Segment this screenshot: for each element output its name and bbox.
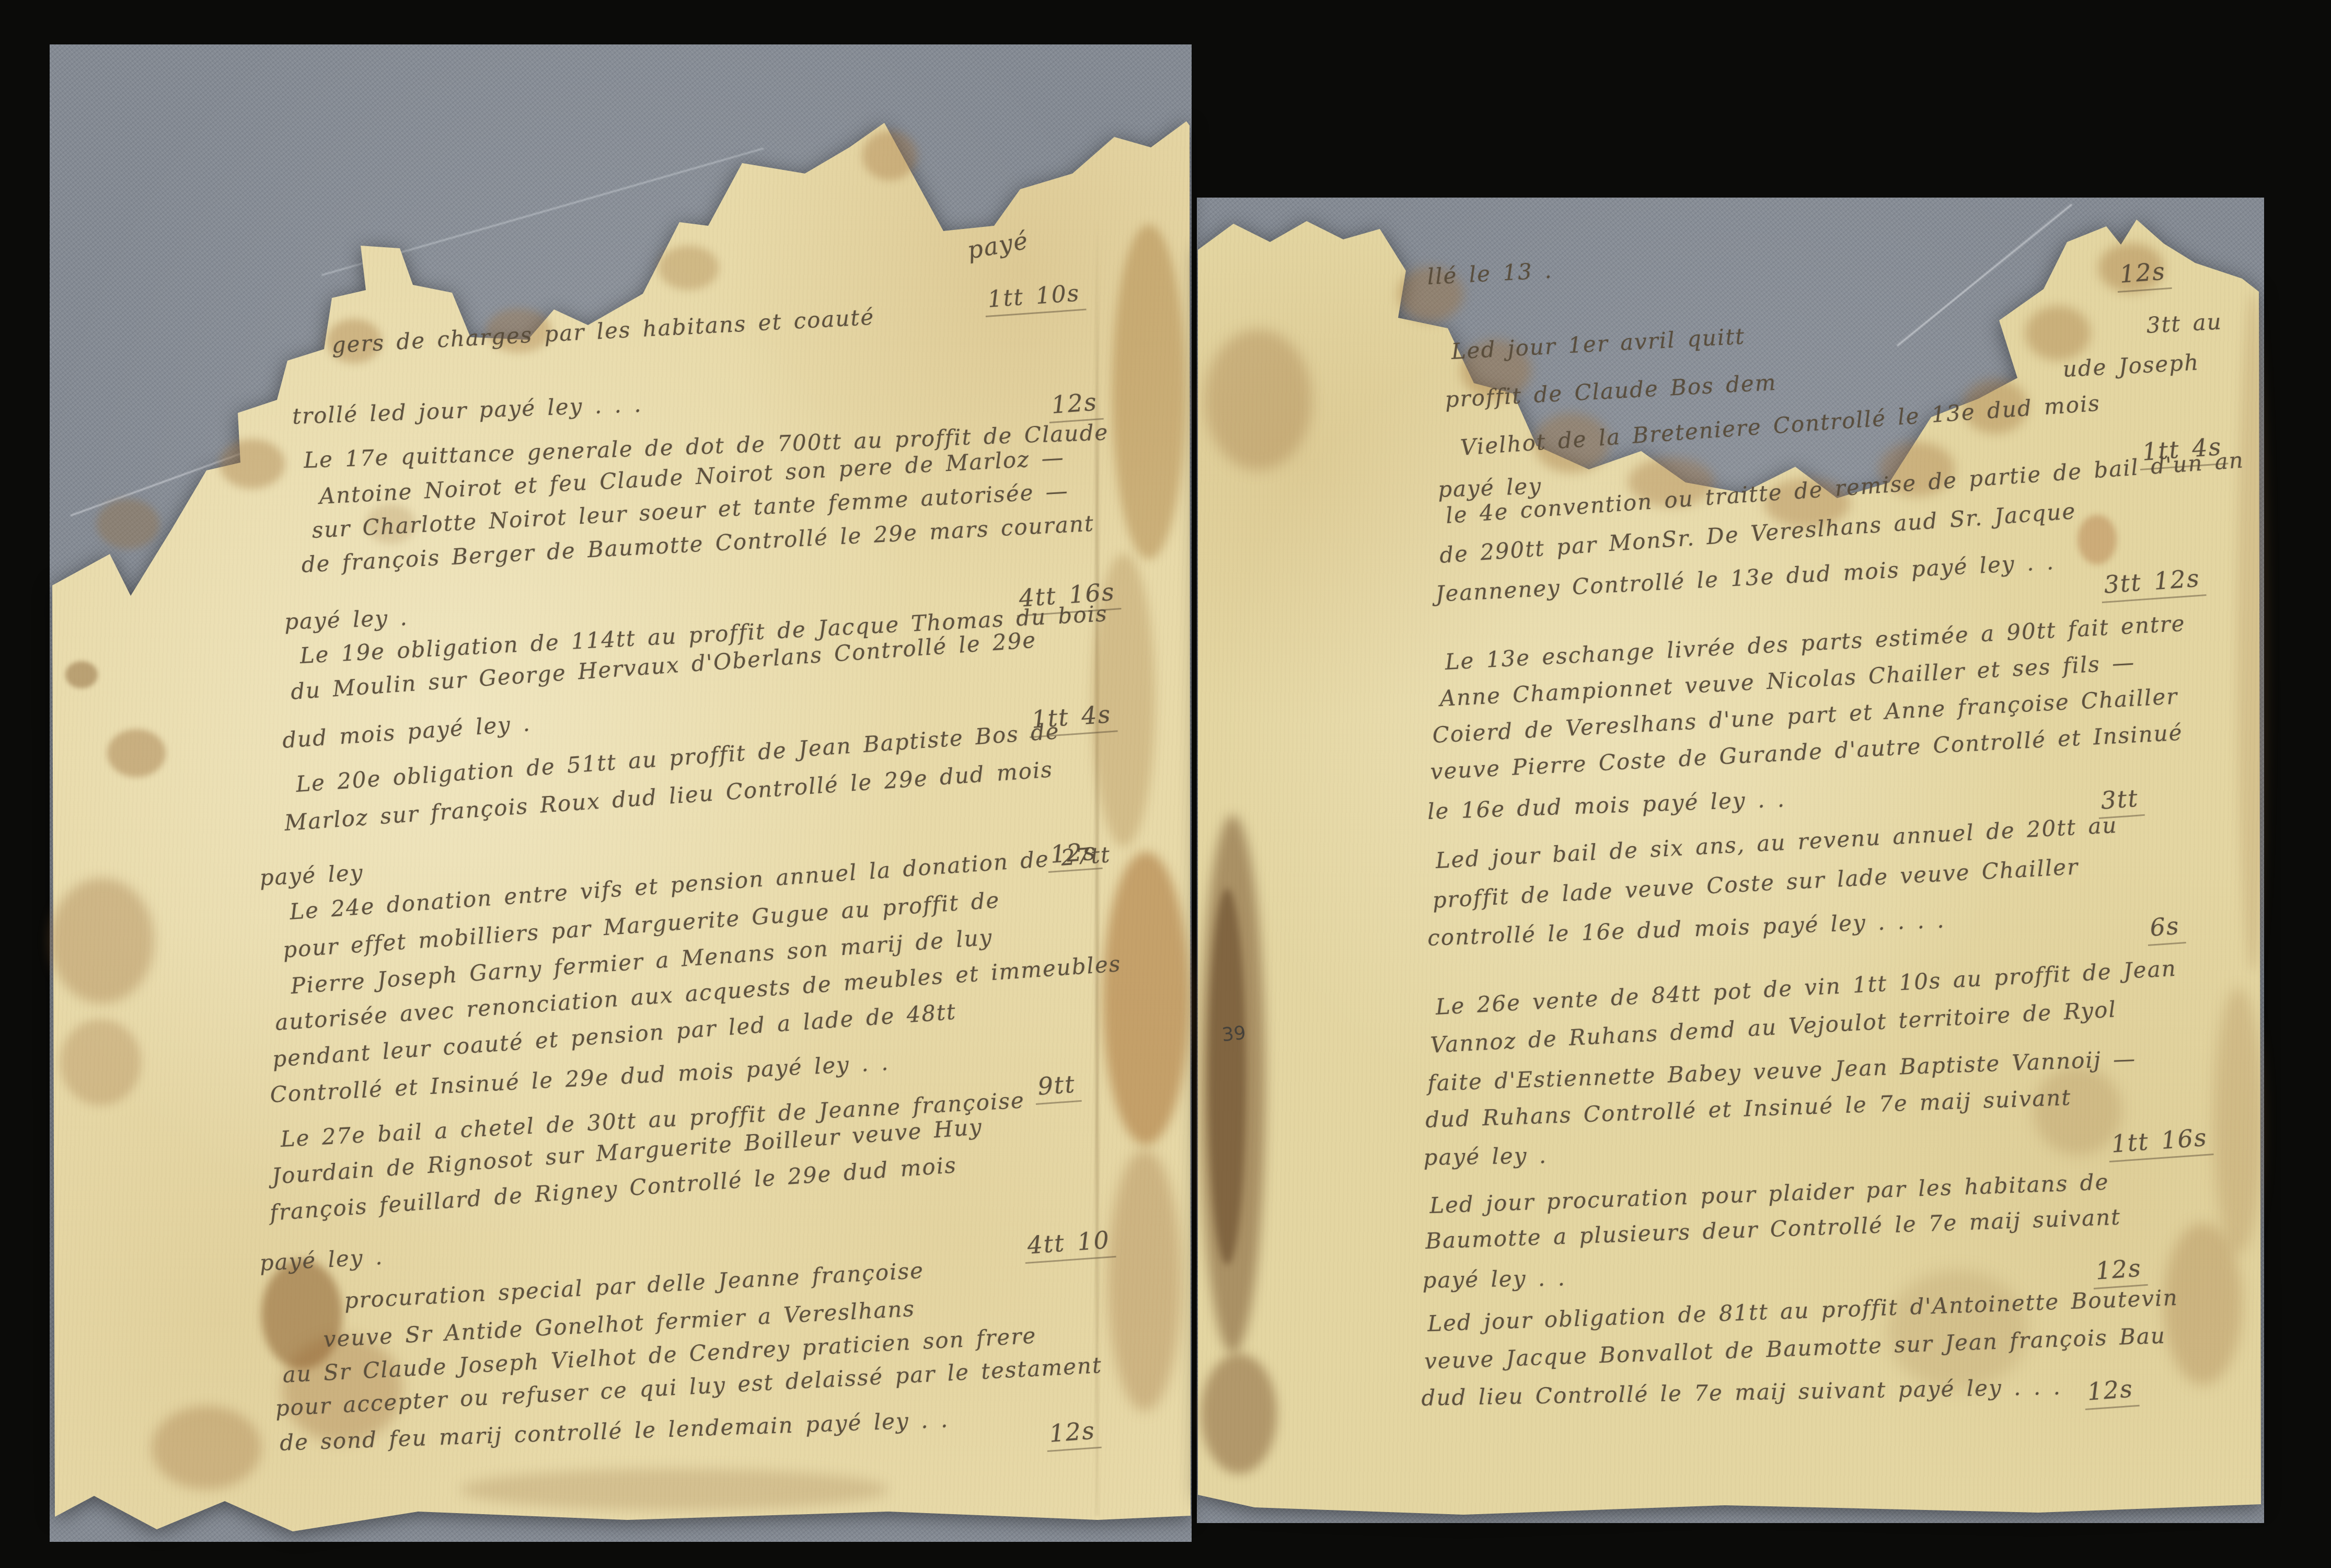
amount-notation: 12s <box>2083 1374 2140 1410</box>
handwritten-line: le 16e dud mois payé ley . . <box>1427 786 1785 824</box>
handwritten-line: payé ley . <box>1423 1143 1547 1170</box>
handwritten-line: controllé le 16e dud mois payé ley . . .… <box>1427 907 1945 951</box>
handwritten-line: 3tt au <box>2145 308 2222 338</box>
amount-notation: 3tt 12s <box>2100 563 2207 603</box>
amount-notation: 1tt 16s <box>2107 1123 2214 1162</box>
document-scan: payé1tt 10sgers de charges par les habit… <box>0 0 2331 1568</box>
folio-number: 39 <box>1221 1022 1247 1046</box>
handwritten-line: proffit de Claude Bos dem <box>1444 370 1777 412</box>
handwritten-line: llé le 13 . <box>1426 258 1553 290</box>
amount-notation: 6s <box>2146 911 2186 946</box>
handwritten-line: payé ley . . <box>1422 1265 1566 1293</box>
handwritten-line: Led jour 1er avril quitt <box>1450 324 1746 364</box>
handwritten-line: ude Joseph <box>2062 349 2200 382</box>
amount-notation: 12s <box>2116 257 2172 293</box>
handwritten-line: dud lieu Controllé le 7e maij suivant pa… <box>1421 1374 2061 1411</box>
right-page-text: llé le 13 .12s3tt auLed jour 1er avril q… <box>0 0 2331 1568</box>
amount-notation: 12s <box>2092 1253 2148 1289</box>
